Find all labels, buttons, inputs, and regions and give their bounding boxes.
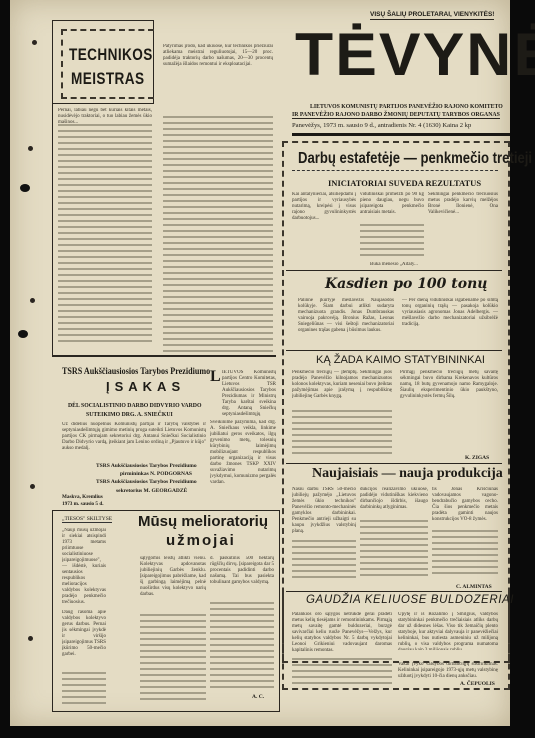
ka-zada-col1-lines [292, 410, 392, 456]
pin-hole [30, 298, 35, 303]
isakas-header: TSRS Aukščiausiosios Tarybos Prezidiumo [62, 366, 210, 376]
divider [286, 463, 502, 464]
isakas-title: ĮSAKAS [106, 379, 185, 394]
divider [286, 270, 502, 271]
isakas-signer1-role: TSRS Aukščiausiosios Tarybos Prezidiumo [96, 463, 197, 469]
divider [286, 350, 502, 351]
darbu-author: Buka mėnesio „Aitaly... [370, 262, 430, 268]
naujaisiais-headline: Naujaisiais — nauja produkcija [312, 466, 503, 482]
binder-hole [20, 184, 30, 192]
divider [292, 170, 498, 172]
isakas-subtitle-line1: DĖL SOCIALISTINIO DARBO DIDVYRIO VARDO [68, 403, 201, 409]
naujaisiais-col2: dukcijos realizavimo ūkiuose, padidėjo v… [360, 487, 428, 517]
kasdien-col2: — Per dieną vidutiniškai išgabename po š… [402, 298, 498, 346]
darbu-col3: Sėkmingai penkmečio trečiuosius metus pr… [428, 192, 498, 254]
naujaisiais-col3: tis Jonas Kriščiūnas vadovaujamos vagono… [432, 487, 498, 527]
binder-hole [18, 330, 28, 338]
technikos-col2-lines [163, 116, 273, 356]
masthead-subtitle-line2: IR PANEVĖŽIO RAJONO DARBO ŽMONIŲ DEPUTAT… [292, 112, 500, 119]
ka-zada-col2: Pirmąjį penkmečio trečiųjų metų savaitę … [400, 370, 498, 442]
isakas-signer1: pirmininkas N. PODGORNAS [120, 471, 192, 477]
pin-hole [28, 636, 33, 641]
isakas-place: Maskva, Kremlius [62, 494, 103, 500]
melioratoriu-col1-lines [140, 614, 206, 706]
melioratoriu-col2: d. paskutinis 500 hektarų rūgščių dirvų.… [210, 556, 274, 600]
tiesos-label: „TIESOS" SKILTYSE [62, 516, 112, 523]
pin-hole [32, 40, 37, 45]
darbu-col2: vidutiniškai primelžti po 90 kg pieno da… [360, 192, 424, 222]
darbu-col2-lines [360, 224, 424, 260]
isakas-signer2-role: TSRS Aukščiausiosios Tarybos Prezidiumo [96, 479, 197, 485]
tiesos-lines [62, 672, 106, 706]
tiesos-body2: Daug rašoma apie valdybos kolektyvo geru… [62, 610, 106, 670]
darbu-subhead: INICIATORIAI SUVEDA REZULTATUS [328, 178, 481, 188]
kasdien-col1: Palinne įkurlyje mėšlavežis Naujasodos k… [298, 298, 394, 346]
isakas-subtitle-line2: SUTEIKIMO DRG. A. SNIEČKUI [86, 412, 173, 418]
pin-hole [30, 484, 35, 489]
buldozeriai-col1-lines [292, 658, 392, 688]
lietuvos-body: IETUVOS Komunistų partijos Centro Komite… [222, 370, 276, 416]
isakas-body: Už didelius nuopelnus Komunistų partijai… [62, 422, 206, 460]
lietuvos-body2: Sveikinime pažymima, kad drg. A. Sniečka… [210, 420, 276, 502]
masthead-subtitle-line1: LIETUVOS KOMUNISTŲ PARTIJOS PANEVĖŽIO RA… [310, 104, 503, 110]
naujaisiais-col1-lines [292, 540, 356, 580]
newspaper-page: TECHNIKOS MEISTRAS Pernai, labiau negu b… [10, 0, 510, 726]
melioratoriu-headline-line2: užmojai [166, 532, 236, 549]
darbu-col1: Kai antalyniečiai, atsiliepdami į partij… [292, 192, 356, 260]
naujaisiais-col2-lines [360, 520, 428, 580]
isakas-signer2: sekretorius M. GEORGADZĖ [116, 488, 187, 494]
isakas-date: 1973 m. sausio 5 d. [62, 501, 104, 507]
masthead-dateline: Panevėžys, 1973 m. sausio 9 d., antradie… [292, 122, 471, 129]
melioratoriu-col1: sąlygomis leistų atlikti vienu. Kolektyv… [140, 556, 206, 612]
naujaisiais-col3-lines [432, 530, 498, 576]
lietuvos-dropcap: L [210, 368, 221, 386]
masthead-title: TĖVYNĖ [295, 20, 535, 90]
masthead-rule [292, 133, 510, 136]
melioratoriu-col2-lines [210, 602, 274, 692]
technikos-text-lines [58, 124, 152, 352]
technikos-excerpt: Patyrimas įrodo, kad ūkiuose, kur techni… [163, 44, 273, 114]
ka-zada-author: K. ZIGAS [465, 455, 489, 461]
naujaisiais-author: C. ALMINTAS [456, 584, 492, 590]
tiesos-body: „Nauji mūsų užmojai ir siekiai atsispind… [62, 528, 106, 608]
pin-hole [28, 146, 33, 151]
masthead-slogan: VISŲ ŠALIŲ PROLETARAI, VIENYKITĖS! [370, 11, 494, 20]
melioratoriu-headline-line1: Mūsų melioratorių [138, 513, 268, 530]
melioratoriu-author: A. C. [252, 694, 264, 700]
darbu-headline: Darbų estafetėje — penkmečio tretieji [298, 150, 532, 168]
divider [52, 355, 276, 357]
kasdien-headline: Kasdien po 100 tonų [325, 276, 487, 292]
ka-zada-headline: KĄ ŽADA KAIMO STATYBININKAI [316, 354, 485, 366]
